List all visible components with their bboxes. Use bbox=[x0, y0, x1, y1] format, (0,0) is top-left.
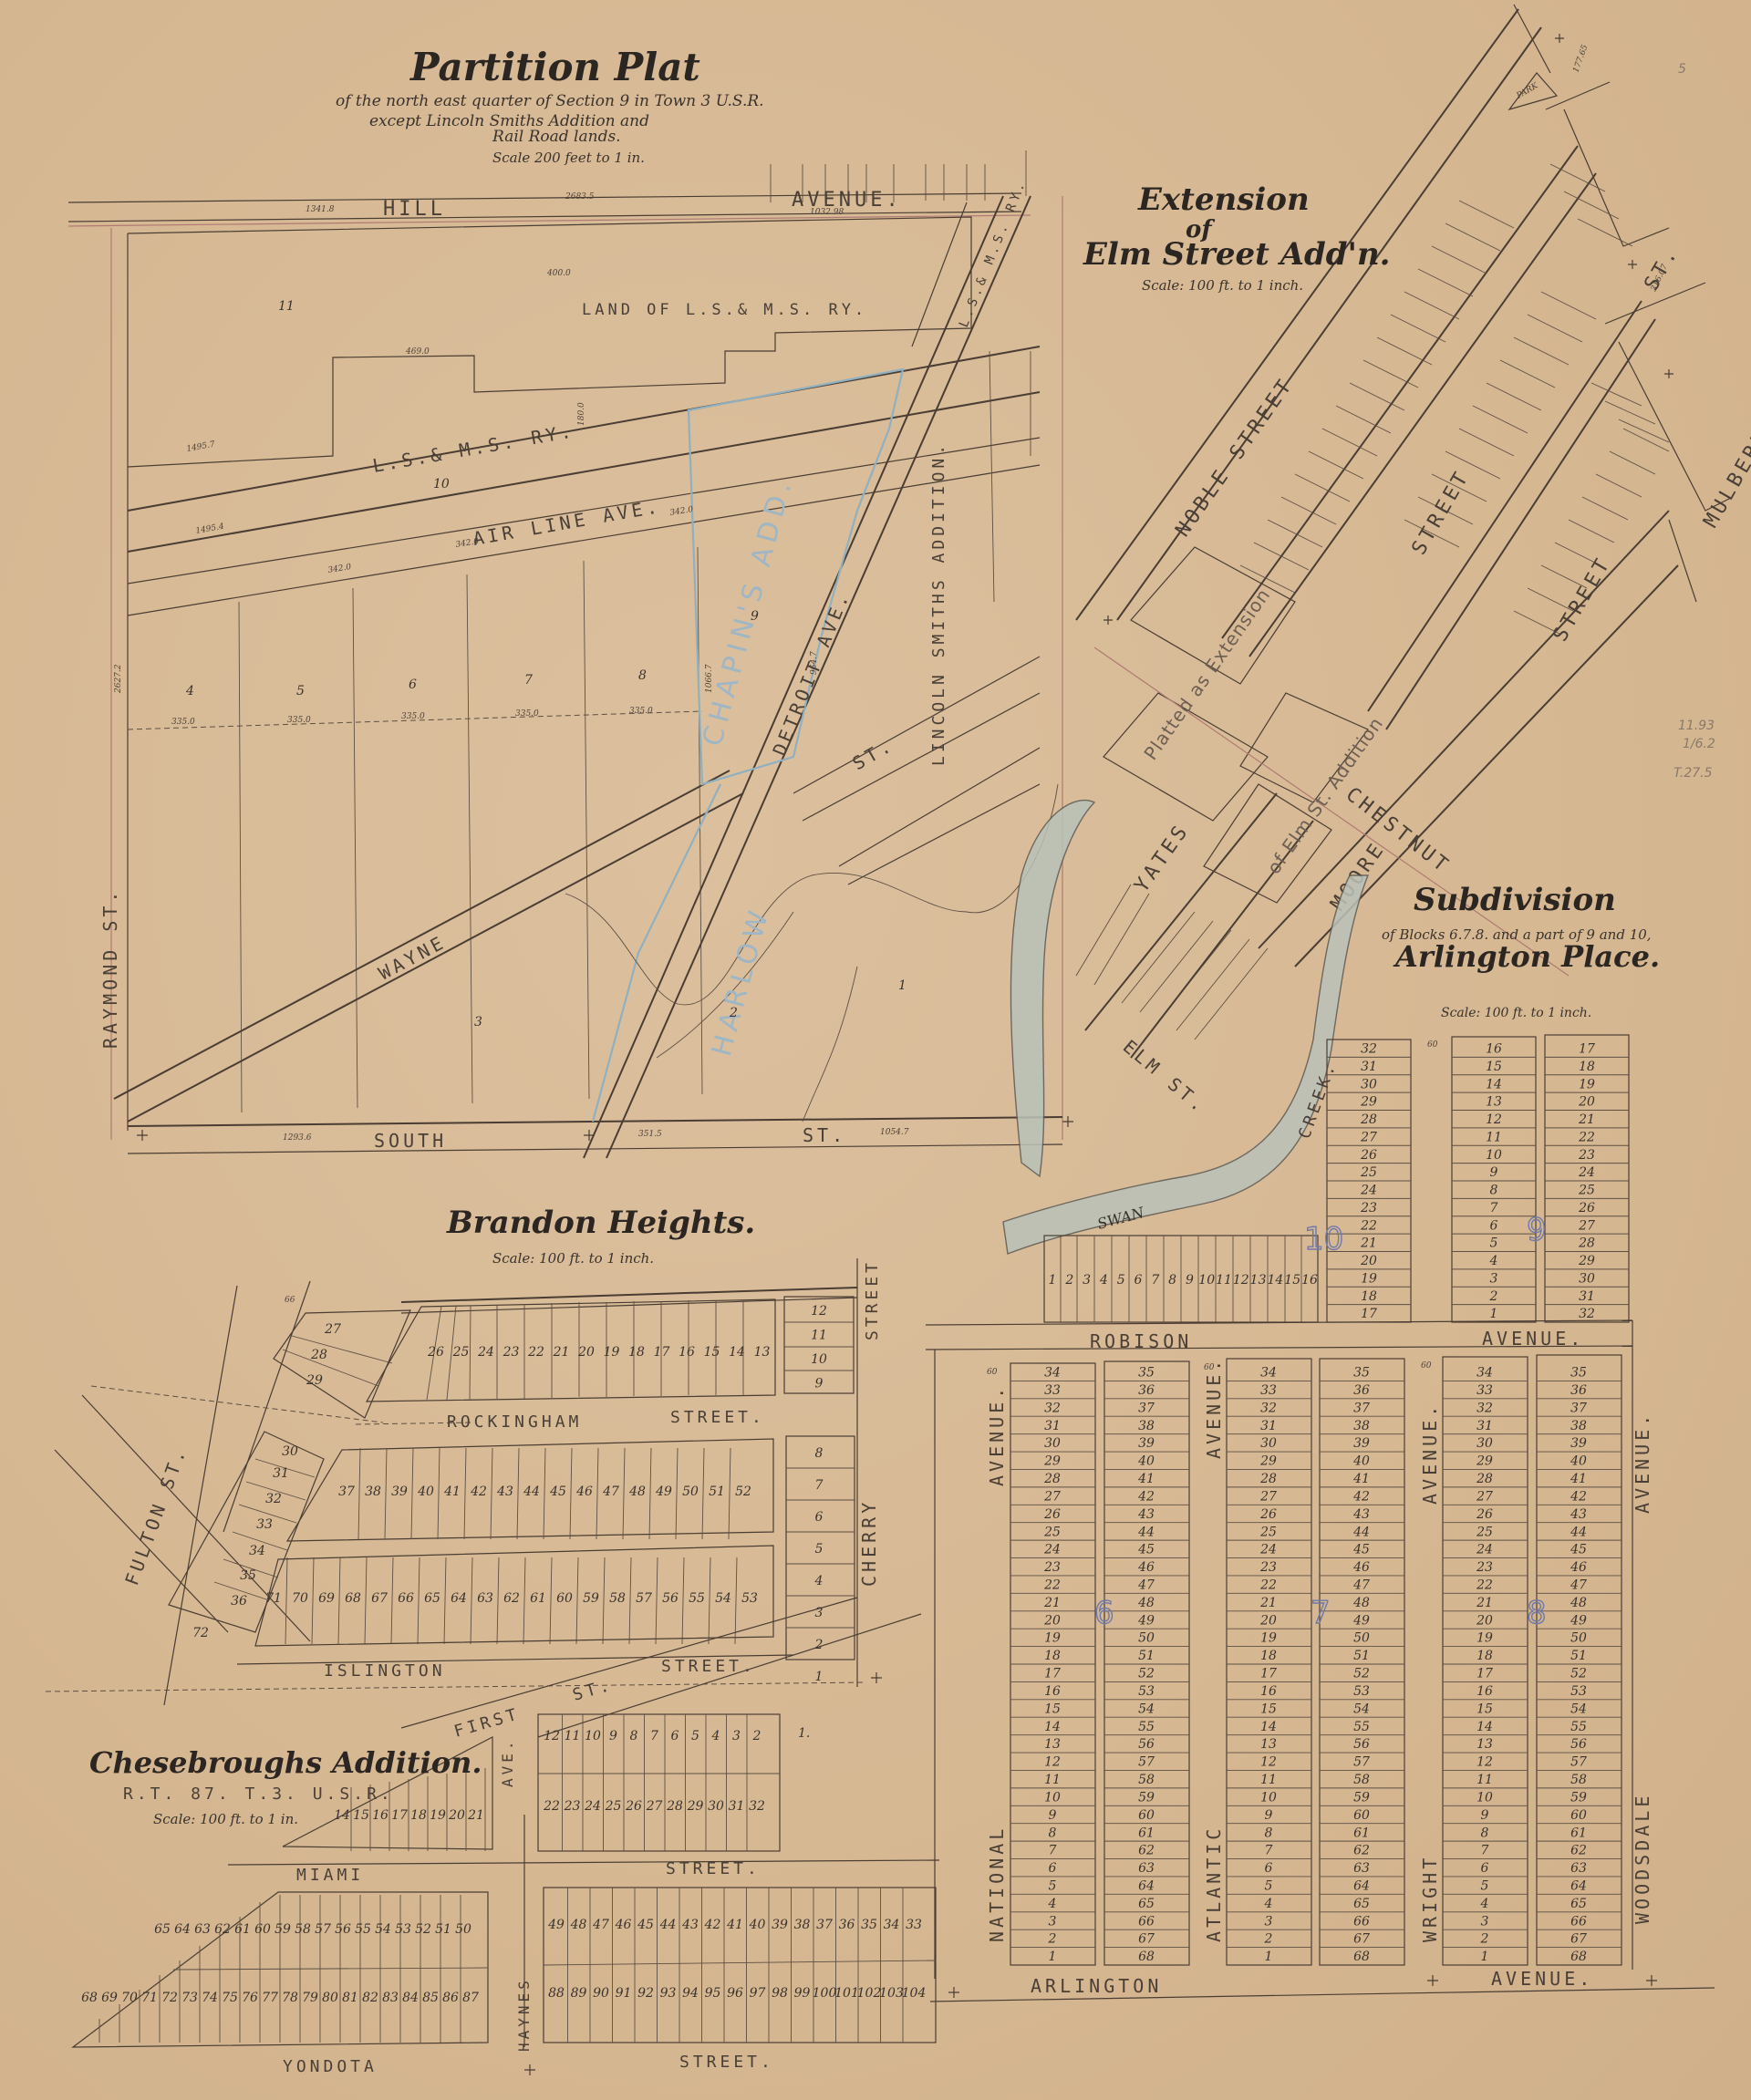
street-yondota-st: STREET. bbox=[679, 2053, 774, 2072]
arlington-lot: 28 bbox=[1578, 1236, 1595, 1251]
arlington-lot: 68 bbox=[1570, 1950, 1587, 1964]
chesebrough-lot: 6 bbox=[671, 1729, 679, 1743]
chesebrough-lot: 36 bbox=[839, 1918, 855, 1932]
arlington-lot: 22 bbox=[1578, 1130, 1595, 1144]
chesebrough-lot: 57 bbox=[315, 1922, 331, 1937]
arlington-lot: 48 bbox=[1137, 1596, 1155, 1610]
arlington-lot: 8 bbox=[1049, 1826, 1057, 1840]
arlington-lot: 30 bbox=[1260, 1436, 1277, 1451]
arlington-lot: 1 bbox=[1049, 1950, 1057, 1964]
arlington-lot: 26 bbox=[1578, 1201, 1595, 1216]
street-islington-st: STREET. bbox=[661, 1657, 756, 1676]
brandon-lot: 21 bbox=[553, 1345, 570, 1360]
arlington-lot: 21 bbox=[1578, 1112, 1595, 1127]
lot-one: 1. bbox=[798, 1726, 810, 1741]
arlington-lot: 20 bbox=[1259, 1613, 1277, 1628]
arlington-lot: 13 bbox=[1476, 1737, 1493, 1752]
chesebrough-lot: 95 bbox=[705, 1986, 721, 2001]
street-cherry: CHERRY bbox=[858, 1499, 880, 1587]
brandon-lot: 60 bbox=[556, 1591, 573, 1606]
arlington-lot: 52 bbox=[1353, 1667, 1370, 1681]
arlington-lot: 62 bbox=[1353, 1844, 1370, 1858]
brandon-lot: 2 bbox=[814, 1638, 824, 1652]
brandon-lot: 54 bbox=[715, 1591, 731, 1606]
chesebrough-lot: 61 bbox=[234, 1922, 251, 1937]
arlington-lot: 14 bbox=[1260, 1720, 1277, 1734]
arlington-lot: 55 bbox=[1138, 1720, 1155, 1734]
chesebrough-lot: 16 bbox=[372, 1808, 389, 1823]
arlington-lot: 48 bbox=[1570, 1596, 1587, 1610]
chesebrough-lot: 30 bbox=[708, 1799, 724, 1814]
arlington-lot: 33 bbox=[1260, 1383, 1277, 1398]
arlington-lot: 13 bbox=[1260, 1737, 1277, 1752]
chesebrough-lot: 71 bbox=[141, 1991, 158, 2005]
arlington-lot: 26 bbox=[1360, 1148, 1377, 1163]
brandon-lot: 69 bbox=[318, 1591, 335, 1606]
dim-hill-2: 2683.5 bbox=[565, 192, 595, 202]
brandon-lot: 66 bbox=[398, 1591, 414, 1606]
arlington-lot: 22 bbox=[1476, 1578, 1493, 1593]
arlington-lot: 47 bbox=[1352, 1578, 1370, 1593]
arlington-lot: 17 bbox=[1260, 1667, 1277, 1681]
arlington-lot: 25 bbox=[1259, 1525, 1277, 1539]
arlington-lot: 2 bbox=[1048, 1932, 1057, 1947]
arlington-lot: 55 bbox=[1353, 1720, 1370, 1734]
arlington-lot: 62 bbox=[1570, 1844, 1587, 1858]
dim-raymond: 2627.2 bbox=[114, 664, 123, 694]
chesebrough-lot: 12 bbox=[544, 1729, 560, 1743]
partition-plat-scale: Scale 200 feet to 1 in. bbox=[492, 150, 645, 166]
arlington-lot: 51 bbox=[1570, 1649, 1587, 1663]
arlington-lot: 11 bbox=[1476, 1773, 1493, 1787]
brandon-scale: Scale: 100 ft. to 1 inch. bbox=[492, 1250, 654, 1267]
arlington-lot: 33 bbox=[1044, 1383, 1061, 1398]
brandon-lot: 43 bbox=[496, 1484, 513, 1499]
chesebrough-lot: 96 bbox=[727, 1986, 743, 2001]
brandon-lot: 12 bbox=[811, 1304, 827, 1319]
block-10: 10 bbox=[1304, 1221, 1343, 1257]
street-miami: MIAMI bbox=[296, 1866, 364, 1885]
arlington-lot: 50 bbox=[1353, 1631, 1370, 1646]
chesebrough-lot: 34 bbox=[884, 1918, 900, 1932]
brandon-lot: 52 bbox=[735, 1484, 751, 1499]
brandon-lot: 68 bbox=[345, 1591, 361, 1606]
chesebrough-lot: 20 bbox=[448, 1808, 465, 1823]
arlington-lot: 37 bbox=[1138, 1401, 1155, 1415]
dim-66: 66 bbox=[285, 1296, 295, 1305]
arlington-lot: 67 bbox=[1353, 1932, 1370, 1947]
arlington-lot: 24 bbox=[1259, 1543, 1277, 1557]
arlington-lot: 29 bbox=[1043, 1454, 1061, 1469]
brandon-lot: 45 bbox=[549, 1484, 566, 1499]
chesebrough-lot: 63 bbox=[194, 1922, 211, 1937]
chesebrough-lot: 94 bbox=[682, 1986, 699, 2001]
arlington-lot: 23 bbox=[1476, 1560, 1493, 1575]
arlington-lot: 12 bbox=[1260, 1755, 1277, 1770]
arlington-lot: 6 bbox=[1049, 1861, 1057, 1876]
arlington-lot: 34 bbox=[1476, 1366, 1493, 1381]
arlington-lot: 66 bbox=[1353, 1914, 1370, 1929]
chesebrough-lot: 79 bbox=[302, 1991, 318, 2005]
arlington-lot: 19 bbox=[1044, 1631, 1061, 1646]
arlington-lot: 53 bbox=[1353, 1684, 1370, 1699]
arlington-lot: 18 bbox=[1044, 1649, 1061, 1663]
arlington-lot: 14 bbox=[1486, 1077, 1502, 1091]
arlington-lot: 41 bbox=[1570, 1472, 1587, 1486]
arlington-lot: 10 bbox=[1044, 1790, 1061, 1805]
street-haynes-ave: AVE. bbox=[499, 1737, 516, 1787]
street-detroit: DETROIT AVE. bbox=[768, 587, 854, 758]
chesebrough-lot: 49 bbox=[547, 1918, 565, 1932]
arlington-lot: 26 bbox=[1476, 1507, 1493, 1522]
brandon-lot: 20 bbox=[577, 1345, 595, 1360]
street-atlantic: ATLANTIC bbox=[1203, 1826, 1225, 1942]
chesebrough-lot: 82 bbox=[362, 1991, 378, 2005]
arlington-lot: 13 bbox=[1044, 1737, 1061, 1752]
street-national: NATIONAL bbox=[986, 1826, 1008, 1942]
arlington-lot: 18 bbox=[1361, 1289, 1377, 1304]
chesebrough-lot: 92 bbox=[637, 1986, 654, 2001]
arlington-lot: 62 bbox=[1138, 1844, 1155, 1858]
arlington-lot: 30 bbox=[1476, 1436, 1493, 1451]
street-islington: ISLINGTON bbox=[324, 1661, 446, 1681]
street-robison: ROBISON bbox=[1090, 1330, 1192, 1352]
brandon-title: Brandon Heights. bbox=[446, 1205, 755, 1241]
arlington-lot: 25 bbox=[1578, 1184, 1595, 1198]
arlington-lot: 17 bbox=[1579, 1042, 1595, 1057]
plat-sheet: Partition Plat of the north east quarter… bbox=[0, 0, 1751, 2100]
arlington-lot: 67 bbox=[1570, 1932, 1587, 1947]
brandon-lot: 3 bbox=[815, 1606, 824, 1620]
arlington-lot: 23 bbox=[1578, 1148, 1595, 1163]
chesebrough-lot: 35 bbox=[861, 1918, 877, 1932]
chesebrough-lot: 54 bbox=[375, 1922, 391, 1937]
arlington-lot: 2 bbox=[1489, 1289, 1498, 1304]
arlington-lot: 27 bbox=[1476, 1489, 1493, 1504]
street-south: SOUTH bbox=[374, 1130, 447, 1152]
street-rockingham: ROCKINGHAM bbox=[447, 1412, 582, 1432]
brandon-lot: 50 bbox=[682, 1484, 699, 1499]
partition-plat-subtitle-3: Rail Road lands. bbox=[492, 128, 621, 146]
chesebrough-lot: 3 bbox=[732, 1729, 741, 1743]
brandon-lot: 1 bbox=[815, 1670, 824, 1684]
arlington-lot: 13 bbox=[1486, 1095, 1502, 1110]
dim-335-1: 335.0 bbox=[171, 718, 195, 727]
chesebrough-lot: 2 bbox=[752, 1729, 762, 1743]
chesebrough-lot: 7 bbox=[650, 1729, 658, 1743]
arlington-lot: 43 bbox=[1570, 1507, 1587, 1522]
width-60-a: 60 bbox=[987, 1368, 998, 1377]
brandon-lot: 57 bbox=[636, 1591, 652, 1606]
dim-469: 469.0 bbox=[405, 347, 430, 357]
arlington-lot: 29 bbox=[1578, 1254, 1595, 1268]
arlington-lot: 6 bbox=[1490, 1218, 1498, 1233]
arlington-lot: 46 bbox=[1570, 1560, 1587, 1575]
chesebrough-lot: 8 bbox=[630, 1729, 638, 1743]
chesebrough-lot: 14 bbox=[334, 1808, 350, 1823]
brandon-lot: 39 bbox=[391, 1484, 408, 1499]
brandon-lot: 36 bbox=[231, 1594, 247, 1609]
arlington-lot: 58 bbox=[1353, 1773, 1370, 1787]
park-label: PARK bbox=[1515, 81, 1541, 101]
chesebrough-lot: 15 bbox=[353, 1808, 369, 1823]
arlington-lot: 61 bbox=[1570, 1826, 1587, 1840]
arlington-lot: 36 bbox=[1570, 1383, 1587, 1398]
arlington-lot: 10 bbox=[1198, 1273, 1215, 1288]
arlington-title-3: Arlington Place. bbox=[1393, 939, 1660, 974]
arlington-lot: 56 bbox=[1353, 1737, 1370, 1752]
arlington-lot: 2 bbox=[1480, 1932, 1489, 1947]
chesebrough-lot: 75 bbox=[222, 1991, 238, 2005]
arlington-lot: 22 bbox=[1043, 1578, 1061, 1593]
brandon-lot: 4 bbox=[814, 1574, 824, 1588]
arlington-scale: Scale: 100 ft. to 1 inch. bbox=[1441, 1006, 1591, 1020]
arlington-lot: 2 bbox=[1064, 1273, 1073, 1288]
brandon-lot: 49 bbox=[655, 1484, 672, 1499]
brandon-lot: 37 bbox=[338, 1484, 355, 1499]
arlington-lot: 57 bbox=[1138, 1755, 1155, 1770]
arlington-lot: 56 bbox=[1138, 1737, 1155, 1752]
arlington-lot: 35 bbox=[1570, 1366, 1587, 1381]
brandon-lot: 11 bbox=[811, 1329, 827, 1343]
brandon-lot: 70 bbox=[292, 1591, 308, 1606]
chesebrough-lot: 4 bbox=[711, 1729, 720, 1743]
arlington-lot: 52 bbox=[1570, 1667, 1587, 1681]
arlington-lot: 52 bbox=[1138, 1667, 1155, 1681]
arlington-lot: 46 bbox=[1352, 1560, 1370, 1575]
chesebrough-lot: 45 bbox=[637, 1918, 654, 1932]
street-lsms-diag: L.S.& M.S. RY. bbox=[957, 177, 1030, 329]
arlington-lot: 38 bbox=[1570, 1419, 1587, 1433]
street-wright: WRIGHT bbox=[1419, 1855, 1441, 1942]
arlington-lot: 7 bbox=[1265, 1844, 1273, 1858]
street-lsms-ry: L.S.& M.S. RY. bbox=[371, 419, 576, 477]
arlington-lot: 2 bbox=[1264, 1932, 1273, 1947]
arlington-lot: 20 bbox=[1578, 1095, 1595, 1110]
chesebrough-lot: 91 bbox=[616, 1986, 632, 2001]
chesebrough-lot: 56 bbox=[335, 1922, 351, 1937]
brandon-lot: 64 bbox=[451, 1591, 467, 1606]
arlington-lot: 53 bbox=[1570, 1684, 1587, 1699]
chesebrough-lot: 44 bbox=[659, 1918, 677, 1932]
chesebrough-lot: 51 bbox=[435, 1922, 451, 1937]
brandon-lot: 51 bbox=[709, 1484, 725, 1499]
arlington-lot: 64 bbox=[1353, 1879, 1370, 1894]
arlington-lot: 8 bbox=[1481, 1826, 1489, 1840]
arlington-lot: 40 bbox=[1137, 1454, 1155, 1469]
arlington-lot: 20 bbox=[1043, 1613, 1061, 1628]
arlington-lot: 28 bbox=[1259, 1472, 1277, 1486]
arlington-lot: 12 bbox=[1476, 1755, 1493, 1770]
arlington-lot: 22 bbox=[1360, 1218, 1377, 1233]
arlington-lot: 14 bbox=[1267, 1273, 1283, 1288]
arlington-lot: 48 bbox=[1352, 1596, 1370, 1610]
chesebrough-lot: 10 bbox=[585, 1729, 601, 1743]
arlington-lot: 3 bbox=[1049, 1914, 1057, 1929]
width-60-d: 60 bbox=[1427, 1040, 1438, 1050]
arlington-lot: 6 bbox=[1481, 1861, 1489, 1876]
arlington-lot: 25 bbox=[1476, 1525, 1493, 1539]
chesebrough-lot: 89 bbox=[571, 1986, 587, 2001]
arlington-lot: 39 bbox=[1138, 1436, 1155, 1451]
arlington-lot: 58 bbox=[1138, 1773, 1155, 1787]
chesebrough-lot: 65 bbox=[154, 1922, 171, 1937]
arlington-lot: 45 bbox=[1352, 1543, 1370, 1557]
arlington-lot: 26 bbox=[1043, 1507, 1061, 1522]
brandon-lot: 17 bbox=[654, 1345, 670, 1360]
street-south-st: ST. bbox=[803, 1124, 846, 1146]
arlington-lot: 15 bbox=[1284, 1273, 1300, 1288]
arlington-lot: 9 bbox=[1490, 1165, 1498, 1180]
arlington-lot: 65 bbox=[1138, 1897, 1155, 1911]
lot-2: 2 bbox=[729, 1006, 738, 1020]
arlington-lot: 51 bbox=[1353, 1649, 1370, 1663]
lincoln-smiths-addition: LINCOLN SMITHS ADDITION. bbox=[929, 441, 948, 766]
arlington-lot: 47 bbox=[1137, 1578, 1155, 1593]
dim-hill-1: 1341.8 bbox=[306, 205, 335, 214]
dim-335-4: 335.0 bbox=[515, 709, 539, 719]
chesebrough-lot: 70 bbox=[121, 1991, 138, 2005]
arlington-lot: 3 bbox=[1265, 1914, 1273, 1929]
brandon-lot: 63 bbox=[477, 1591, 493, 1606]
arlington-lot: 63 bbox=[1353, 1861, 1370, 1876]
arlington-lot: 6 bbox=[1265, 1861, 1273, 1876]
dim-lsms-2: 1495.7 bbox=[186, 440, 216, 454]
width-60-c: 60 bbox=[1421, 1361, 1432, 1371]
street-3: STREET bbox=[1549, 553, 1616, 646]
arlington-lot: 61 bbox=[1138, 1826, 1155, 1840]
block-9: 9 bbox=[1527, 1212, 1547, 1248]
arlington-lot: 37 bbox=[1570, 1401, 1587, 1415]
chesebrough-lot: 64 bbox=[174, 1922, 191, 1937]
arlington-lot: 14 bbox=[1476, 1720, 1493, 1734]
chesebrough-lot: 59 bbox=[275, 1922, 291, 1937]
chesebrough-lot: 32 bbox=[749, 1799, 765, 1814]
chesebrough-lot: 47 bbox=[592, 1918, 609, 1932]
chesebrough-lot: 102 bbox=[857, 1986, 882, 2001]
lot-6: 6 bbox=[409, 678, 417, 692]
arlington-lot: 1 bbox=[1481, 1950, 1489, 1964]
chesebrough-lot: 29 bbox=[687, 1799, 704, 1814]
street-fulton: FULTON ST. bbox=[120, 1443, 191, 1588]
block-7: 7 bbox=[1311, 1595, 1331, 1631]
chesebrough-lot: 18 bbox=[410, 1808, 427, 1823]
brandon-lot: 23 bbox=[503, 1345, 520, 1360]
street-wright-ave: AVENUE. bbox=[1419, 1402, 1441, 1505]
arlington-lot: 4 bbox=[1480, 1897, 1489, 1911]
dim-air-3: 342.0 bbox=[669, 505, 694, 518]
chesebrough-lot: 60 bbox=[254, 1922, 271, 1937]
chesebrough-lot: 17 bbox=[391, 1808, 408, 1823]
brandon-lot: 46 bbox=[575, 1484, 593, 1499]
arlington-lot: 54 bbox=[1353, 1702, 1370, 1716]
brandon-lot: 29 bbox=[306, 1373, 323, 1388]
arlington-lot: 11 bbox=[1216, 1273, 1232, 1288]
arlington-lot: 11 bbox=[1044, 1773, 1061, 1787]
arlington-lot: 29 bbox=[1476, 1454, 1493, 1469]
arlington-lot: 16 bbox=[1476, 1684, 1493, 1699]
chesebrough-lot: 9 bbox=[609, 1729, 617, 1743]
arlington-lot: 31 bbox=[1361, 1060, 1377, 1074]
arlington-lot: 19 bbox=[1260, 1631, 1277, 1646]
chesebrough-lot: 46 bbox=[615, 1918, 632, 1932]
arlington-lot: 28 bbox=[1476, 1472, 1493, 1486]
chesebrough-lot: 93 bbox=[660, 1986, 677, 2001]
arlington-lot: 4 bbox=[1048, 1897, 1057, 1911]
arlington-lot: 40 bbox=[1570, 1454, 1587, 1469]
arlington-lot: 5 bbox=[1490, 1236, 1498, 1251]
arlington-lot: 21 bbox=[1043, 1596, 1061, 1610]
arlington-lot: 49 bbox=[1570, 1613, 1587, 1628]
arlington-lot: 41 bbox=[1352, 1472, 1370, 1486]
arlington-lot: 34 bbox=[1260, 1366, 1277, 1381]
arlington-lot: 67 bbox=[1138, 1932, 1155, 1947]
elm-title-1: Extension bbox=[1137, 181, 1310, 218]
partition-plat-title: Partition Plat bbox=[409, 45, 700, 89]
arlington-lot: 55 bbox=[1570, 1720, 1587, 1734]
arlington-lot: 66 bbox=[1570, 1914, 1587, 1929]
arlington-lot: 66 bbox=[1138, 1914, 1155, 1929]
arlington-lot: 20 bbox=[1360, 1254, 1377, 1268]
chesebrough-lot: 103 bbox=[879, 1986, 904, 2001]
chesebrough-lot: 81 bbox=[342, 1991, 358, 2005]
arlington-lot: 9 bbox=[1481, 1808, 1489, 1823]
chesebrough-lot: 87 bbox=[462, 1991, 479, 2005]
chesebrough-lot: 19 bbox=[430, 1808, 446, 1823]
street-2: STREET bbox=[1408, 466, 1475, 559]
lot-10: 10 bbox=[433, 477, 450, 491]
street-noble: NOBLE STREET bbox=[1171, 374, 1298, 542]
arlington-lot: 27 bbox=[1578, 1218, 1595, 1233]
arlington-lot: 68 bbox=[1353, 1950, 1370, 1964]
arlington-lot: 45 bbox=[1570, 1543, 1587, 1557]
arlington-lot: 32 bbox=[1361, 1042, 1377, 1057]
arlington-lot: 18 bbox=[1579, 1060, 1595, 1074]
brandon-lot: 47 bbox=[602, 1484, 619, 1499]
arlington-lot: 65 bbox=[1353, 1897, 1370, 1911]
chesebrough-lot: 98 bbox=[772, 1986, 788, 2001]
arlington-lot: 29 bbox=[1259, 1454, 1277, 1469]
chesebrough-lot: 37 bbox=[816, 1918, 833, 1932]
brandon-lot-numbers: 2625242322212019181716151413373839404142… bbox=[192, 1304, 827, 1684]
arlington-lot: 16 bbox=[1301, 1273, 1318, 1288]
street-first-st: ST. bbox=[571, 1675, 616, 1704]
brandon-lot: 7 bbox=[815, 1478, 824, 1493]
elm-title-3: Elm Street Add'n. bbox=[1083, 236, 1391, 273]
brandon-lot: 42 bbox=[470, 1484, 487, 1499]
chesebrough-lot: 41 bbox=[726, 1918, 743, 1932]
brandon-lot: 32 bbox=[265, 1492, 282, 1506]
arlington-lot: 17 bbox=[1361, 1307, 1377, 1321]
arlington-lot: 60 bbox=[1570, 1808, 1587, 1823]
arlington-lot: 47 bbox=[1570, 1578, 1587, 1593]
chesebrough-lot: 62 bbox=[214, 1922, 231, 1937]
arlington-lot: 7 bbox=[1049, 1844, 1057, 1858]
brandon-lot: 14 bbox=[729, 1345, 745, 1360]
brandon-lot: 56 bbox=[662, 1591, 679, 1606]
brandon-lot: 6 bbox=[815, 1510, 824, 1525]
arlington-lot: 36 bbox=[1138, 1383, 1155, 1398]
chesebrough-subtitle: R.T. 87. T.3. U.S.R. bbox=[123, 1784, 394, 1804]
brandon-lot: 31 bbox=[273, 1466, 289, 1481]
brandon-lot: 35 bbox=[240, 1568, 256, 1583]
brandon-lot: 62 bbox=[503, 1591, 520, 1606]
arlington-lot: 19 bbox=[1579, 1077, 1595, 1091]
street-elm: ELM ST. bbox=[1119, 1035, 1211, 1118]
chesebrough-lot: 58 bbox=[295, 1922, 311, 1937]
street-wayne: WAYNE bbox=[375, 931, 450, 985]
chesebrough-lot: 40 bbox=[749, 1918, 766, 1932]
